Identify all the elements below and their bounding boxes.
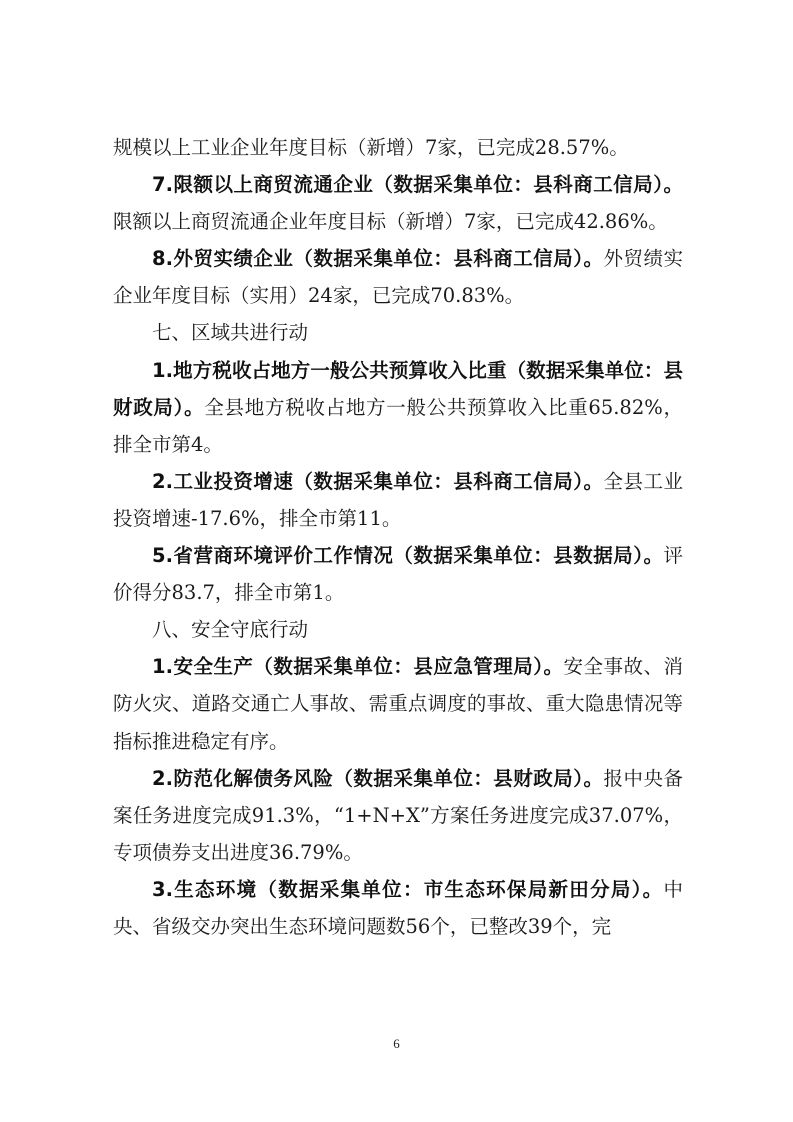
paragraph-tax-ratio: 1.地方税收占地方一般公共预算收入比重（数据采集单位：县财政局）。全县地方税收占…: [113, 352, 683, 463]
paragraph-foreign-trade: 8.外贸实绩企业（数据采集单位：县科商工信局）。外贸绩实企业年度目标（实用）24…: [113, 240, 683, 314]
item-heading: 7.限额以上商贸流通企业（数据采集单位：县科商工信局）。: [152, 173, 683, 196]
paragraph-ecology: 3.生态环境（数据采集单位：市生态环保局新田分局）。中央、省级交办突出生态环境问…: [113, 871, 683, 945]
paragraph-industrial-investment: 2.工业投资增速（数据采集单位：县科商工信局）。全县工业投资增速-17.6%，排…: [113, 463, 683, 537]
paragraph-retail-enterprises: 7.限额以上商贸流通企业（数据采集单位：县科商工信局）。限额以上商贸流通企业年度…: [113, 166, 683, 240]
item-heading: 3.生态环境（数据采集单位：市生态环保局新田分局）。: [152, 878, 663, 901]
item-heading: 5.省营商环境评价工作情况（数据采集单位：县数据局）。: [152, 544, 663, 567]
paragraph-work-safety: 1.安全生产（数据采集单位：县应急管理局）。安全事故、消防火灾、道路交通亡人事故…: [113, 648, 683, 759]
item-heading: 8.外贸实绩企业（数据采集单位：县科商工信局）。: [152, 247, 604, 270]
section-heading-regional: 七、区域共进行动: [113, 314, 683, 351]
document-body: 规模以上工业企业年度目标（新增）7家，已完成28.57%。 7.限额以上商贸流通…: [113, 129, 683, 945]
paragraph-text: 限额以上商贸流通企业年度目标（新增）7家，已完成42.86%。: [113, 210, 668, 233]
paragraph-text: 规模以上工业企业年度目标（新增）7家，已完成28.57%。: [113, 136, 629, 159]
paragraph-industrial-enterprises-cont: 规模以上工业企业年度目标（新增）7家，已完成28.57%。: [113, 129, 683, 166]
paragraph-debt-risk: 2.防范化解债务风险（数据采集单位：县财政局）。报中央备案任务进度完成91.3%…: [113, 760, 683, 871]
section-heading-safety: 八、安全守底行动: [113, 611, 683, 648]
page-number: 6: [0, 1036, 793, 1052]
paragraph-business-environment: 5.省营商环境评价工作情况（数据采集单位：县数据局）。评价得分83.7，排全市第…: [113, 537, 683, 611]
item-heading: 2.工业投资增速（数据采集单位：县科商工信局）。: [152, 470, 604, 493]
item-heading: 2.防范化解债务风险（数据采集单位：县财政局）。: [152, 767, 604, 790]
item-heading: 1.安全生产（数据采集单位：县应急管理局）。: [152, 655, 564, 678]
